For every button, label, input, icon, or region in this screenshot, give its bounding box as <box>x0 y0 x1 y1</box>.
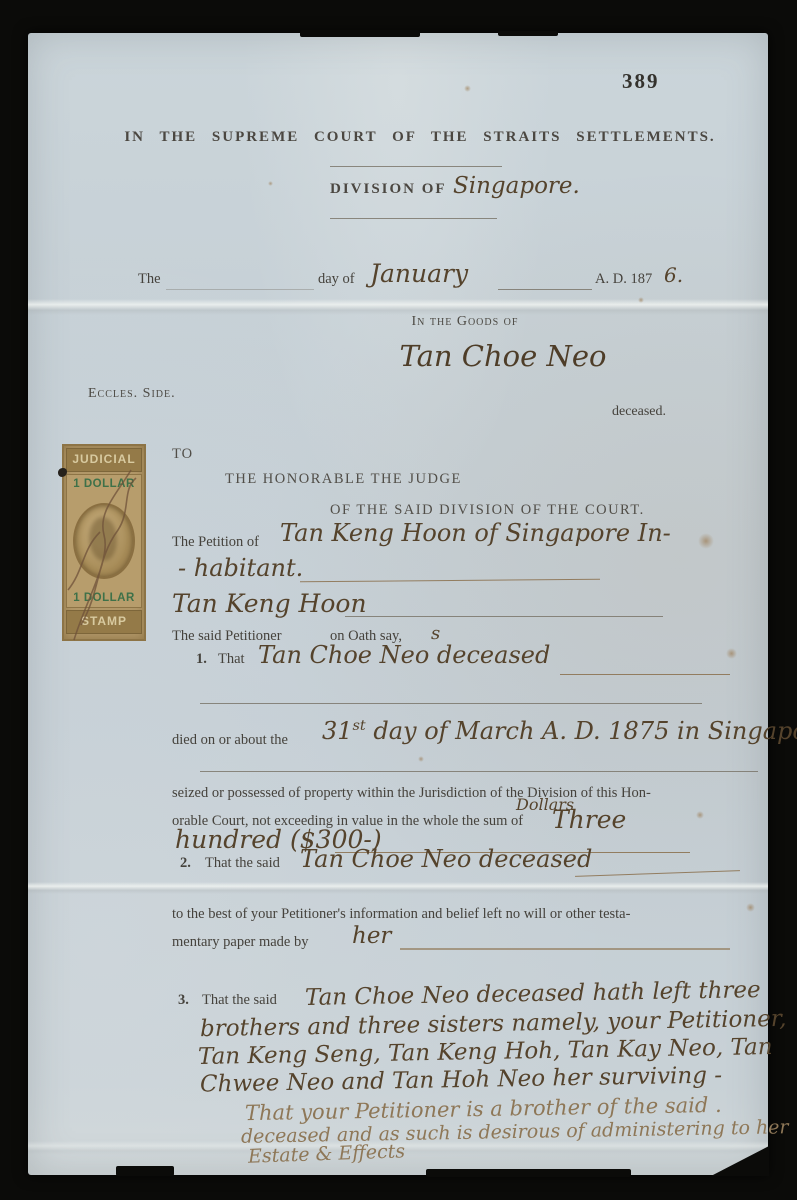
died-date-handwritten: 31st day of March A. D. 1875 in Singapor… <box>322 717 797 745</box>
eccles-side-note: Eccles. Side. <box>88 386 176 402</box>
paper-edge-chip <box>498 31 558 36</box>
page-number: 389 <box>622 69 660 94</box>
foxing-spot <box>746 903 755 912</box>
will-her-handwritten: her <box>352 923 391 949</box>
stamp-denomination-top: 1 DOLLAR <box>73 478 135 490</box>
died-ordinal: st <box>353 718 366 734</box>
judicial-revenue-stamp: JUDICIAL 1 DOLLAR 1 DOLLAR STAMP <box>62 444 146 641</box>
petition-of-label: The Petition of <box>172 534 259 551</box>
died-rest: day of March A. D. 1875 in Singapore. <box>366 717 797 745</box>
fold-crease-upper <box>28 299 768 315</box>
blank-line <box>200 703 702 704</box>
address-judge-line2: OF THE SAID DIVISION OF THE COURT. <box>330 502 645 519</box>
address-to: TO <box>172 446 193 463</box>
clause2-number: 2. <box>180 855 191 872</box>
handwritten-underline <box>400 948 730 950</box>
document-page: 389 IN THE SUPREME COURT OF THE STRAITS … <box>28 33 768 1175</box>
handwritten-underline <box>300 579 600 583</box>
stamp-word-bottom: STAMP <box>66 610 142 634</box>
died-prefix: died on or about the <box>172 732 288 749</box>
clause1-value-handwritten: Tan Choe Neo deceased <box>258 641 550 669</box>
clause2-label: That the said <box>205 855 280 872</box>
deceased-name-handwritten: Tan Choe Neo <box>358 339 648 373</box>
address-judge-line1: THE HONORABLE THE JUDGE <box>225 471 462 488</box>
paper-edge-chip <box>426 1169 631 1177</box>
foxing-spot <box>418 756 424 762</box>
date-prefix: The <box>138 271 161 288</box>
stamp-body: 1 DOLLAR 1 DOLLAR <box>66 474 142 608</box>
will-line1: to the best of your Petitioner's informa… <box>172 906 630 923</box>
will-line2: mentary paper made by <box>172 934 308 951</box>
blank-line <box>166 289 314 290</box>
goods-label: In the Goods of <box>375 314 555 330</box>
handwritten-underline <box>560 674 730 675</box>
blank-line <box>498 289 592 290</box>
handwritten-underline <box>575 870 740 877</box>
division-label: DIVISION OF <box>330 181 447 198</box>
sum-three-handwritten: Three <box>552 805 626 834</box>
fold-crease-lower <box>28 882 768 894</box>
clause1-that: That <box>218 651 245 668</box>
date-year-handwritten: 6. <box>664 263 683 287</box>
blank-line <box>200 771 758 772</box>
petitioner-name-handwritten: Tan Keng Hoon <box>172 589 367 618</box>
clause3-line1-handwritten: Tan Choe Neo deceased hath left three <box>305 977 761 1011</box>
stamp-word-top: JUDICIAL <box>66 448 142 472</box>
addendum-line3-handwritten: Estate & Effects <box>248 1140 406 1167</box>
scan-background: 389 IN THE SUPREME COURT OF THE STRAITS … <box>0 0 797 1200</box>
foxing-spot <box>638 297 644 303</box>
foxing-spot <box>696 811 704 819</box>
seized-line1: seized or possessed of property within t… <box>172 785 651 802</box>
clause1-number: 1. <box>196 651 207 668</box>
divider-rule <box>330 218 497 219</box>
date-month-handwritten: January <box>370 259 468 288</box>
deceased-label: deceased. <box>612 404 666 420</box>
clause2-value-handwritten: Tan Choe Neo deceased <box>300 845 592 873</box>
stamp-denomination-bottom: 1 DOLLAR <box>73 592 135 604</box>
division-value-handwritten: Singapore. <box>453 173 580 199</box>
date-ad: A. D. 187 <box>595 271 652 288</box>
died-day: 31 <box>322 717 353 745</box>
queen-portrait-oval <box>73 503 135 579</box>
foxing-spot <box>464 85 471 92</box>
date-day-of: day of <box>318 271 355 288</box>
divider-rule <box>330 166 502 167</box>
foxing-spot <box>726 648 737 659</box>
petition-of-value2-handwritten: - habitant. <box>178 554 303 582</box>
foxing-spot <box>268 181 273 186</box>
clause3-number: 3. <box>178 992 189 1009</box>
petition-of-value-handwritten: Tan Keng Hoon of Singapore In- <box>280 519 671 547</box>
foxing-spot <box>698 533 714 549</box>
paper-edge-chip <box>300 30 420 37</box>
clause3-label: That the said <box>202 992 277 1009</box>
paper-edge-chip <box>116 1166 174 1176</box>
court-heading: IN THE SUPREME COURT OF THE STRAITS SETT… <box>110 129 730 146</box>
blank-line <box>345 616 663 617</box>
